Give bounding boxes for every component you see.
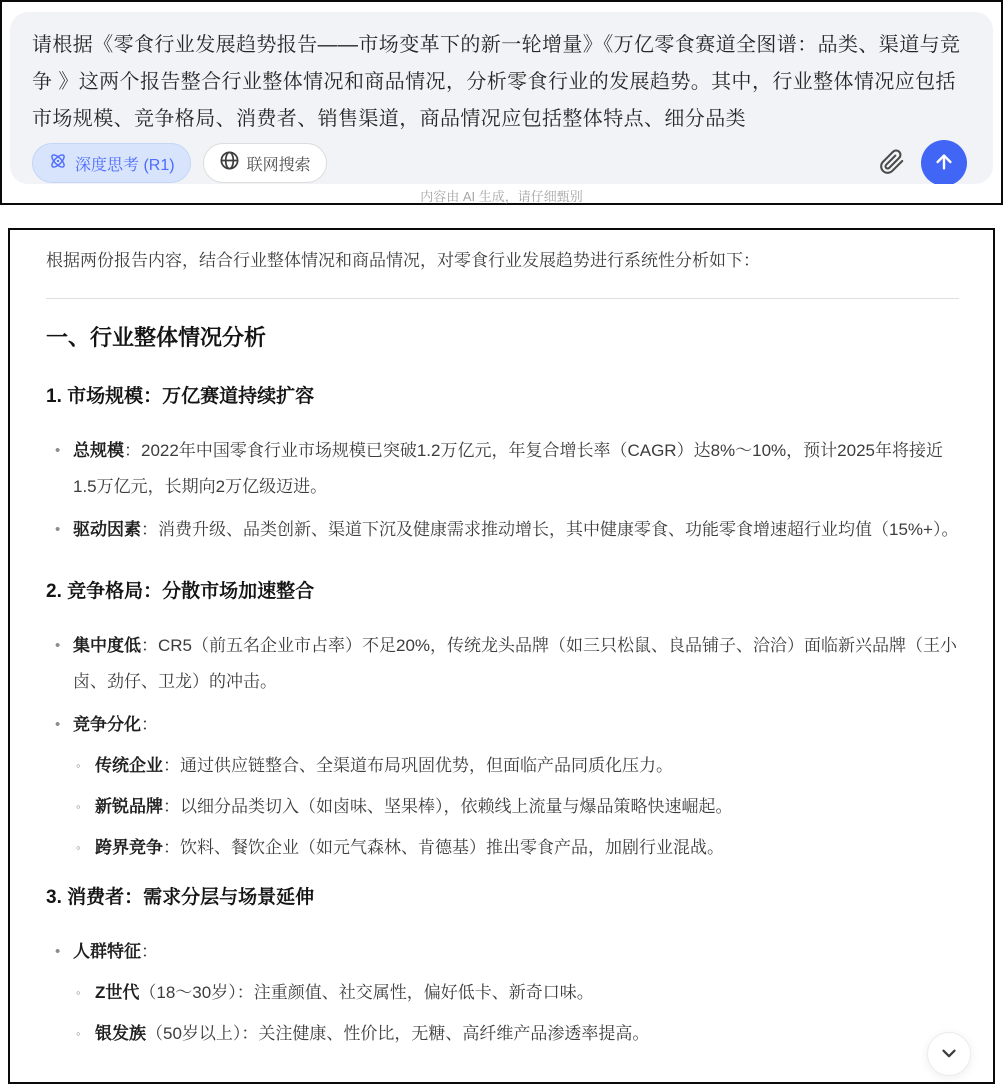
globe-icon [219,150,240,176]
bullet-icon: • [55,433,60,469]
chevron-down-icon [938,1042,960,1067]
deep-think-label: 深度思考 (R1) [75,152,175,175]
list-item: • 竞争分化： [46,707,959,743]
sub-bullet-icon: ◦ [76,975,81,1011]
answer-content: 根据两份报告内容，结合行业整体情况和商品情况，对零食行业发展趋势进行系统性分析如… [10,230,993,1052]
ai-disclaimer: 内容由 AI 生成，请仔细甄别 [2,186,1001,205]
divider [46,298,959,299]
bullet-text: ：通过供应链整合、全渠道布局巩固优势，但面临产品同质化压力。 [163,756,673,775]
list-item: • 总规模：2022年中国零食行业市场规模已突破1.2万亿元，年复合增长率（CA… [46,433,959,505]
arrow-up-icon [933,151,955,176]
bullet-text: ：消费升级、品类创新、渠道下沉及健康需求推动增长，其中健康零食、功能零食增速超行… [141,520,958,539]
bullet-icon: • [55,628,60,664]
sub-bullet-icon: ◦ [76,748,81,784]
bullet-label: 驱动因素 [73,520,141,539]
paperclip-icon [879,147,905,180]
list-item: • 集中度低：CR5（前五名企业市占率）不足20%，传统龙头品牌（如三只松鼠、良… [46,628,959,700]
bullet-text: ：以细分品类切入（如卤味、坚果棒），依赖线上流量与爆品策略快速崛起。 [163,797,733,816]
sub-list-item: ◦ 银发族（50岁以上）：关注健康、性价比，无糖、高纤维产品渗透率提高。 [68,1016,959,1052]
bullet-text: （50岁以上）：关注健康、性价比，无糖、高纤维产品渗透率提高。 [146,1024,649,1043]
list-item: • 驱动因素：消费升级、品类创新、渠道下沉及健康需求推动增长，其中健康零食、功能… [46,512,959,548]
scroll-down-button[interactable] [927,1032,971,1076]
sub-bullet-icon: ◦ [76,830,81,866]
deep-think-r1-button[interactable]: 深度思考 (R1) [32,143,191,183]
bullet-text: （18～30岁）：注重颜值、社交属性，偏好低卡、新奇口味。 [139,983,593,1002]
sub-bullet-icon: ◦ [76,1016,81,1052]
bullet-text: ： [141,715,158,734]
attach-button[interactable] [875,143,909,183]
ai-answer-panel: 根据两份报告内容，结合行业整体情况和商品情况，对零食行业发展趋势进行系统性分析如… [8,228,995,1084]
sub-list-item: ◦ 跨界竞争：饮料、餐饮企业（如元气森林、肯德基）推出零食产品，加剧行业混战。 [68,830,959,866]
bullet-label: 传统企业 [95,756,163,775]
atom-r1-icon [48,151,68,176]
user-query-panel: 请根据《零食行业发展趋势报告——市场变革下的新一轮增量》《万亿零食赛道全图谱：品… [0,0,1003,205]
bullet-icon: • [55,707,60,743]
bullet-label: 银发族 [95,1024,146,1043]
bullet-icon: • [55,512,60,548]
bullet-text: ：饮料、餐饮企业（如元气森林、肯德基）推出零食产品，加剧行业混战。 [163,838,724,857]
answer-intro: 根据两份报告内容，结合行业整体情况和商品情况，对零食行业发展趋势进行系统性分析如… [46,248,959,274]
bullet-label: 人群特征 [73,942,141,961]
chat-composer[interactable]: 请根据《零食行业发展趋势报告——市场变革下的新一轮增量》《万亿零食赛道全图谱：品… [10,12,993,184]
bullet-icon: • [55,934,60,970]
web-search-label: 联网搜索 [247,152,311,175]
query-text: 请根据《零食行业发展趋势报告——市场变革下的新一轮增量》《万亿零食赛道全图谱：品… [32,27,971,138]
subsection-heading-1: 1. 市场规模：万亿赛道持续扩容 [46,383,959,411]
bullet-label: 新锐品牌 [95,797,163,816]
web-search-button[interactable]: 联网搜索 [203,143,327,183]
sub-list-item: ◦ Z世代（18～30岁）：注重颜值、社交属性，偏好低卡、新奇口味。 [68,975,959,1011]
bullet-label: 竞争分化 [73,715,141,734]
bullet-label: 跨界竞争 [95,838,163,857]
bullet-text: ：2022年中国零食行业市场规模已突破1.2万亿元，年复合增长率（CAGR）达8… [73,441,943,496]
list-item: • 人群特征： [46,934,959,970]
bullet-text: ： [141,942,158,961]
sub-bullet-icon: ◦ [76,789,81,825]
bullet-text: ：CR5（前五名企业市占率）不足20%，传统龙头品牌（如三只松鼠、良品铺子、洽洽… [73,636,957,691]
send-button[interactable] [921,140,967,184]
subsection-heading-2: 2. 竞争格局：分散市场加速整合 [46,578,959,606]
bullet-label: 总规模 [73,441,124,460]
subsection-heading-3: 3. 消费者：需求分层与场景延伸 [46,884,959,912]
section-heading: 一、行业整体情况分析 [46,323,959,353]
bullet-label: Z世代 [95,983,139,1002]
sub-list-item: ◦ 传统企业：通过供应链整合、全渠道布局巩固优势，但面临产品同质化压力。 [68,748,959,784]
sub-list-item: ◦ 新锐品牌：以细分品类切入（如卤味、坚果棒），依赖线上流量与爆品策略快速崛起。 [68,789,959,825]
bullet-label: 集中度低 [73,636,141,655]
composer-toolbar: 深度思考 (R1) 联网搜索 [32,141,971,184]
